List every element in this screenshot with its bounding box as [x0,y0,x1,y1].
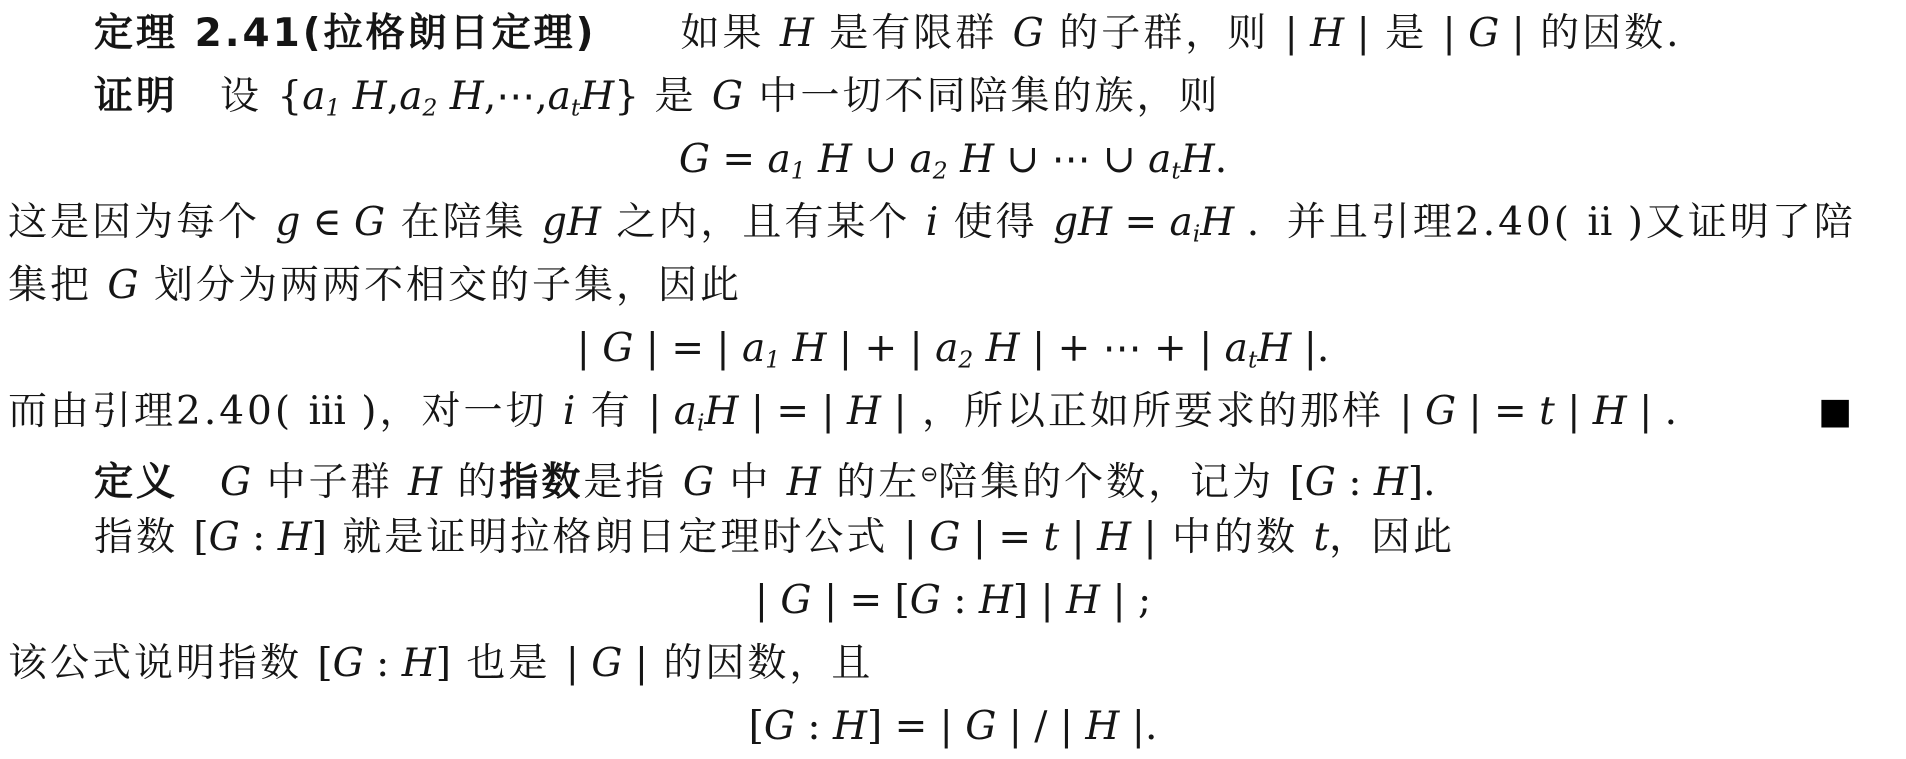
math-roman: . [1215,137,1227,182]
body-text: 设 [178,74,277,119]
math-italic: H [402,641,436,686]
math-italic: H [340,74,386,119]
body-text: )又证明了陪 [1612,200,1856,245]
math-roman: = [1112,200,1169,245]
body-text: 中的数 [1157,515,1314,560]
math-roman: ] [312,515,327,560]
body-text: 在陪集 [385,200,542,245]
math-italic: H [973,326,1019,371]
math-italic: H [806,137,852,182]
math-roman: : [795,704,833,749]
body-text: 集把 [8,263,107,308]
qed-square-icon: ■ [1818,380,1852,443]
math-italic: a [935,326,958,371]
math-roman: | [1399,389,1425,434]
math-italic: H [1181,137,1215,182]
equation-index-product: | G | = [G : H] | H | ; [0,569,1906,632]
math-italic: G [929,515,960,560]
body-text: 中 [714,460,787,505]
math-italic: a [910,137,933,182]
math-subscript: 1 [791,157,806,185]
body-text: 这是因为每个 [8,200,275,245]
math-roman: { [277,74,302,119]
heading-text: 指数 [499,460,583,505]
math-roman: | = | [738,389,847,434]
math-italic: H [979,578,1013,623]
math-roman: ] [436,641,451,686]
math-roman: ,⋯, [484,74,548,119]
math-subscript: 2 [423,94,438,122]
math-italic: a [767,137,790,182]
body-text: 该公式说明指数 [8,641,317,686]
math-roman: | / | [996,704,1085,749]
body-text: 中一切不同陪集的族，则 [743,74,1220,119]
math-roman: [ [749,704,764,749]
math-italic: i [563,389,575,434]
body-line-conclusion: 而由引理2.40( iii )，对一切 i 有 | aiH | = | H | … [0,380,1906,443]
math-italic: G [107,263,138,308]
math-roman: : [240,515,278,560]
math-roman: | . [1627,389,1677,434]
body-text: 的因数. [1525,11,1682,56]
math-roman: [ [193,515,208,560]
math-italic: H [780,11,814,56]
heading-text: 证明 [94,74,178,119]
math-roman: | + | [827,326,936,371]
math-roman: ]. [1408,460,1436,505]
page: 定理 2.41(拉格朗日定理) 如果 H 是有限群 G 的子群，则 | H | … [0,0,1906,759]
body-text: 是 [639,74,712,119]
math-italic: H [704,389,738,434]
math-italic: H [278,515,312,560]
body-text: 使得 [938,200,1053,245]
math-italic: H [437,74,483,119]
math-roman: | = | [633,326,742,371]
math-italic: a [399,74,422,119]
math-roman: | = [960,515,1043,560]
math-roman: | [577,326,603,371]
math-italic: g [275,200,300,245]
math-roman: ∪ ⋯ ∪ [994,137,1148,182]
math-roman: . [1234,200,1271,245]
math-italic: G [209,515,240,560]
body-line-divisor: 该公式说明指数 [G : H] 也是 | G | 的因数，且 [0,632,1906,695]
math-italic: H [408,460,442,505]
math-roman: | [881,389,907,434]
math-italic: G [965,704,996,749]
math-italic: G [679,137,710,182]
math-roman: | [755,578,781,623]
math-italic: gH [1053,200,1112,245]
math-roman: |. [1119,704,1157,749]
body-text: 的 [442,460,499,505]
math-roman: : [1336,460,1374,505]
math-italic: H [1200,200,1234,245]
math-subscript: 2 [958,346,973,374]
math-italic: H [833,704,867,749]
math-italic: a [674,389,697,434]
math-roman: [ [1290,460,1305,505]
math-italic: a [1225,326,1248,371]
math-italic: a [302,74,325,119]
math-roman: | [1131,515,1157,560]
math-italic: G [1468,11,1499,56]
math-italic: G [780,578,811,623]
body-line-partition: 集把 G 划分为两两不相交的子集，因此 [0,254,1906,317]
math-italic: H [1257,326,1291,371]
body-text: 也是 [451,641,566,686]
equation-union: G = a1 H ∪ a2 H ∪ ⋯ ∪ atH. [0,128,1906,191]
body-text: 陪集的个数，记为 [938,460,1289,505]
math-subscript: 1 [765,346,780,374]
math-roman: | [1443,11,1469,56]
math-roman: | [1555,389,1593,434]
body-text: ，因此 [1329,515,1455,560]
math-italic: G [910,578,941,623]
math-subscript: t [571,94,580,122]
math-roman: = [710,137,767,182]
definition-line: 定义 G 中子群 H 的指数是指 G 中 H 的左⊖陪集的个数，记为 [G : … [0,443,1906,506]
math-italic: G [591,641,622,686]
math-italic: G [333,641,364,686]
body-text: 指数 [94,515,193,560]
math-roman: | [648,389,674,434]
math-italic: G [683,460,714,505]
equation-order-sum: | G | = | a1 H | + | a2 H | + ⋯ + | atH … [0,317,1906,380]
math-italic: G [354,200,385,245]
math-italic: H [787,460,821,505]
math-roman: , [387,74,399,119]
math-italic: G [764,704,795,749]
math-roman: ] | [1013,578,1066,623]
math-roman: ∪ [852,137,909,182]
body-text: 是 [1370,11,1443,56]
body-text: 就是证明拉格朗日定理时公式 [327,515,904,560]
math-roman: iii [308,389,345,434]
math-subscript: t [1248,346,1257,374]
math-roman: | = [1456,389,1539,434]
math-roman: | [1059,515,1097,560]
math-roman: | = [ [812,578,910,623]
math-roman: | [1285,11,1311,56]
math-italic: H [780,326,826,371]
math-italic: H [1593,389,1627,434]
body-text: 划分为两两不相交的子集，因此 [139,263,742,308]
math-italic: H [1085,704,1119,749]
math-roman: | [904,515,930,560]
body-text: )，对一切 [346,389,563,434]
math-italic: H [847,389,881,434]
math-italic: G [712,74,743,119]
math-italic: gH [542,200,601,245]
body-text [178,460,220,505]
math-roman: | [1499,11,1525,56]
math-roman: [ [317,641,332,686]
math-roman: ∈ [300,200,354,245]
footnote-marker: ⊖ [920,462,938,487]
body-text: 中子群 [251,460,408,505]
math-italic: G [602,326,633,371]
body-text: 之内，且有某个 [601,200,926,245]
math-subscript: 1 [326,94,341,122]
math-italic: a [548,74,571,119]
equation-index-quotient: [G : H] = | G | / | H |. [0,695,1906,758]
math-italic: a [1148,137,1171,182]
body-text: 的子群，则 [1044,11,1285,56]
math-roman: ii [1587,200,1612,245]
body-text: 而由引理2.40( [8,389,308,434]
math-roman: : [364,641,402,686]
math-italic: H [948,137,994,182]
body-text: ，所以正如所要求的那样 [907,389,1400,434]
math-roman: ] = | [867,704,965,749]
math-italic: i [926,200,938,245]
math-italic: t [1043,515,1059,560]
math-italic: H [580,74,614,119]
math-roman: | [566,641,592,686]
index-explanation-line: 指数 [G : H] 就是证明拉格朗日定理时公式 | G | = t | H |… [0,506,1906,569]
math-italic: G [1305,460,1336,505]
heading-text: 定义 [94,460,178,505]
math-italic: a [1170,200,1193,245]
math-italic: t [1539,389,1555,434]
math-roman: | [622,641,648,686]
math-italic: H [1066,578,1100,623]
body-line-coset-membership: 这是因为每个 g ∈ G 在陪集 gH 之内，且有某个 i 使得 gH = ai… [0,191,1906,254]
body-text: 的左 [821,460,920,505]
math-italic: G [220,460,251,505]
math-roman: } [614,74,639,119]
math-italic: G [1425,389,1456,434]
math-italic: H [1310,11,1344,56]
body-text: 是指 [583,460,682,505]
math-italic: a [742,326,765,371]
math-italic: G [1013,11,1044,56]
math-roman: | ; [1100,578,1151,623]
heading-text: 定理 2.41(拉格朗日定理) [94,11,596,56]
math-subscript: t [1171,157,1180,185]
math-roman: |. [1291,326,1329,371]
math-italic: H [1097,515,1131,560]
proof-opening-line: 证明 设 {a1 H,a2 H,⋯,atH} 是 G 中一切不同陪集的族，则 [0,65,1906,128]
body-text: 有 [575,389,648,434]
math-roman: | [1344,11,1370,56]
math-italic: H [1374,460,1408,505]
math-roman: | + ⋯ + | [1020,326,1225,371]
body-text: 并且引理2.40( [1272,200,1588,245]
math-subscript: 2 [933,157,948,185]
body-text: 的因数，且 [648,641,873,686]
math-roman: : [941,578,979,623]
theorem-heading-line: 定理 2.41(拉格朗日定理) 如果 H 是有限群 G 的子群，则 | H | … [0,2,1906,65]
body-text: 是有限群 [814,11,1013,56]
math-italic: t [1313,515,1329,560]
body-text: 如果 [596,11,779,56]
